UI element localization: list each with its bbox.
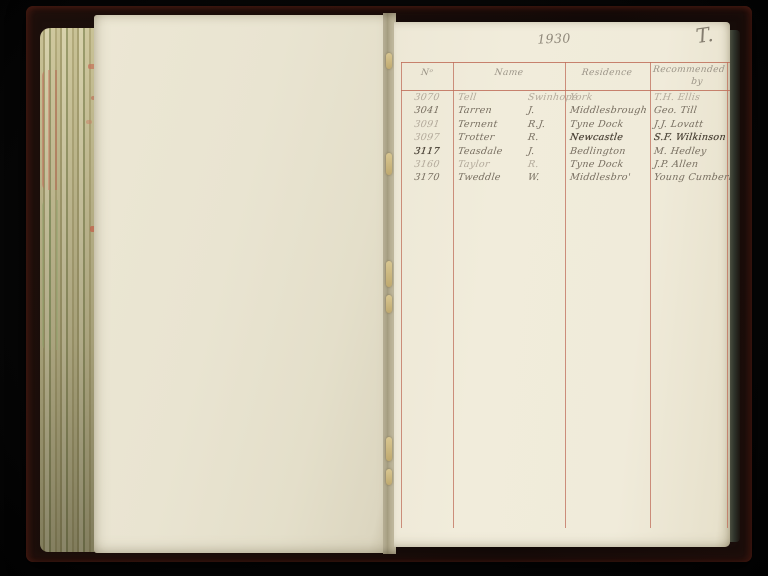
table-row: 3097TrotterR.NewcastleS.F. Wilkinson [394,132,730,145]
index-letter: T. [695,22,716,48]
cell-no: 3160 [403,159,451,170]
right-page: 1930 T. Nᵒ Name Residence Recommended by… [394,22,730,547]
cell-recommended: M. Hedley [653,146,707,157]
cell-given: J. [527,146,535,157]
cell-no: 3091 [403,119,451,130]
table-row: 3070TellSwinhopeYorkT.H. Ellis [394,92,730,105]
binding-stitch [386,295,392,313]
cell-given: R.J. [527,119,546,130]
cell-residence: York [569,92,593,103]
cell-surname: Tarren [457,105,492,116]
binding-stitch [386,437,392,461]
red-speck [86,120,92,124]
right-page-block-edge [730,30,740,542]
table-row: 3117TeasdaleJ.BedlingtonM. Hedley [394,146,730,159]
cell-no: 3070 [403,92,451,103]
cell-no: 3041 [403,105,451,116]
cell-residence: Middlesbro' [569,172,631,183]
cell-recommended: J.J. Lovatt [653,119,704,130]
binding-stitch [386,153,392,175]
cell-recommended: J.P. Allen [653,159,699,170]
cell-surname: Tweddle [457,172,501,183]
cell-recommended: T.H. Ellis [653,92,701,103]
ledger-rows: 3070TellSwinhopeYorkT.H. Ellis3041Tarren… [394,92,730,186]
binding-stitch [386,53,392,69]
header-recommended: Recommended [647,65,730,75]
header-residence: Residence [566,68,647,78]
cell-residence: Bedlington [569,146,626,157]
cell-surname: Taylor [457,159,490,170]
cell-given: W. [527,172,540,183]
cell-no: 3170 [403,172,451,183]
table-row: 3160TaylorR.Tyne DockJ.P. Allen [394,159,730,172]
binding-stitch [386,261,392,287]
cell-surname: Teasdale [457,146,503,157]
cell-residence: Middlesbrough [569,105,648,116]
year-heading: 1930 [512,30,596,48]
cell-residence: Tyne Dock [569,119,624,130]
header-no: Nᵒ [403,68,450,78]
cell-surname: Trotter [457,132,495,143]
cell-no: 3097 [403,132,451,143]
cell-given: J. [527,105,535,116]
cell-given: R. [527,159,539,170]
cell-recommended: Geo. Till [653,105,698,116]
header-name: Name [458,68,559,78]
page-edge-red-tint [42,70,82,190]
cell-given: R. [527,132,539,143]
table-row: 3041TarrenJ.MiddlesbroughGeo. Till [394,105,730,118]
cell-surname: Ternent [457,119,498,130]
page-edge-green-tint [42,200,84,350]
binding-stitch [386,469,392,485]
cell-no: 3117 [403,146,451,157]
left-page-blank [94,15,384,553]
cell-surname: Tell [457,92,477,103]
cell-residence: Newcastle [569,132,624,143]
cell-recommended: S.F. Wilkinson [653,132,726,143]
cell-residence: Tyne Dock [569,159,624,170]
header-recommended-by: by [681,77,712,87]
table-row: 3170TweddleW.Middlesbro'Young Cumberland… [394,172,730,185]
cell-recommended: Young Cumberland S. [653,172,730,183]
ledger-book-photo: 1930 T. Nᵒ Name Residence Recommended by… [0,0,768,576]
table-row: 3091TernentR.J.Tyne DockJ.J. Lovatt [394,119,730,132]
